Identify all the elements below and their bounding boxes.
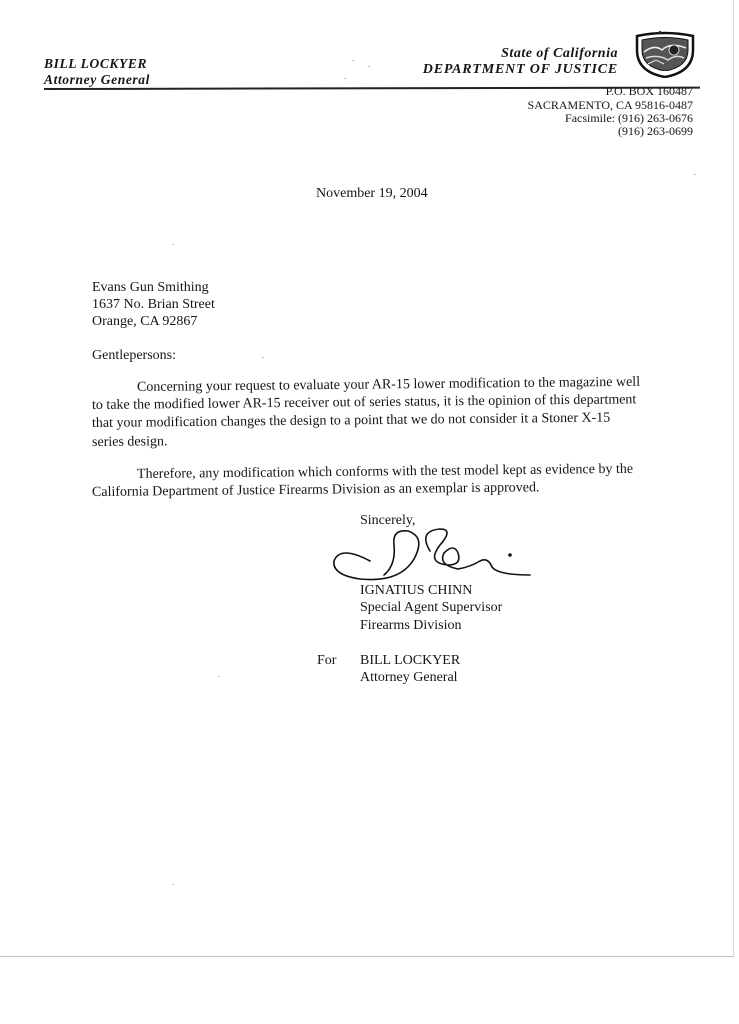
letter-date: November 19, 2004 [316,186,428,202]
letterhead-department: DEPARTMENT OF JUSTICE [423,62,618,78]
scan-speck [172,884,174,885]
recipient-street: 1637 No. Brian Street [92,296,215,313]
scan-speck [172,244,174,245]
address-facsimile: Facsimile: (916) 263-0676 [565,111,693,125]
paragraph-2-line-1: Therefore, any modification which confor… [137,461,633,483]
address-po-box: P.O. BOX 160487 [606,84,693,98]
address-city: SACRAMENTO, CA 95816-0487 [528,98,693,112]
for-label: For [317,652,336,669]
letterhead-state: State of California [501,46,618,62]
letterhead-attorney-name: BILL LOCKYER [44,56,147,72]
address-phone: (916) 263-0699 [618,124,693,138]
letterhead-rule [44,87,700,90]
signer-division: Firearms Division [360,617,462,634]
signer-name: IGNATIUS CHINN [360,582,472,599]
scan-speck [218,676,220,677]
scan-speck [262,357,264,358]
recipient-name: Evans Gun Smithing [92,279,209,296]
scan-speck [368,66,370,67]
for-title: Attorney General [360,669,458,686]
scan-speck [694,174,696,175]
california-seal-icon [634,30,696,78]
for-name: BILL LOCKYER [360,652,460,669]
recipient-city: Orange, CA 92867 [92,313,197,330]
letter-page: BILL LOCKYER Attorney General State of C… [0,0,734,957]
signer-title: Special Agent Supervisor [360,599,502,616]
scan-speck [344,78,346,79]
scan-speck [352,60,354,61]
salutation: Gentlepersons: [92,347,176,364]
letterhead-attorney-title: Attorney General [44,72,150,88]
paragraph-2-line-2: California Department of Justice Firearm… [92,479,540,501]
paragraph-1-line-4: series design. [92,433,168,451]
